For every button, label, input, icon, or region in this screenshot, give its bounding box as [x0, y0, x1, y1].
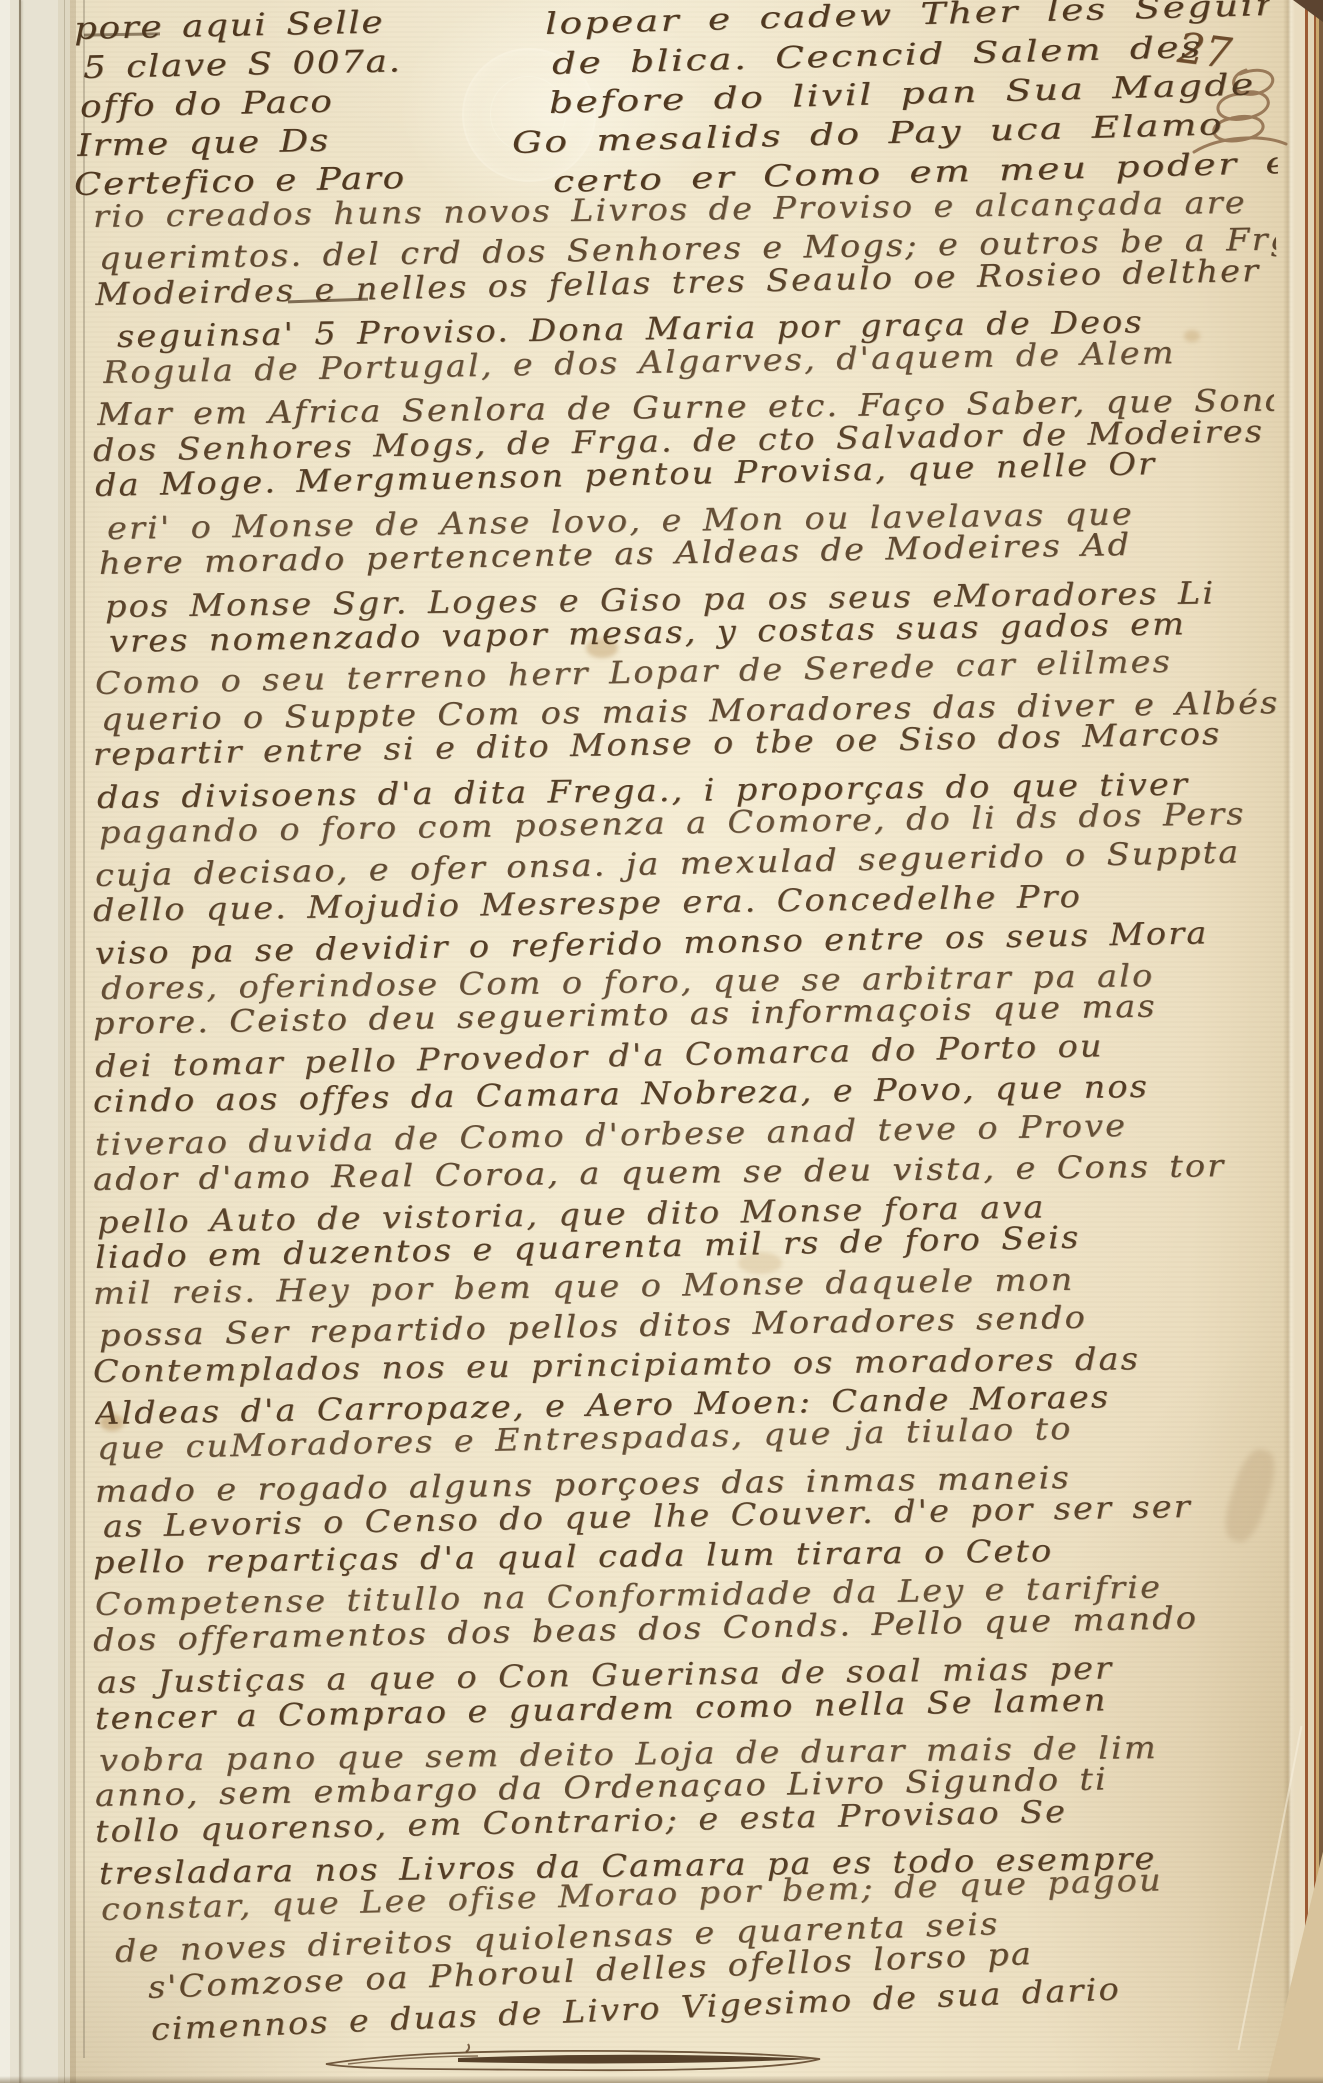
manuscript-page: 27 pore aqui Selle5 clave S 007a.offo do…	[0, 0, 1323, 2083]
margin-note-line: offo do Paco	[80, 83, 426, 126]
margin-rule-line	[83, 0, 85, 2058]
margin-note-line: 5 clave S 007a.	[83, 44, 429, 87]
binding-crease-line	[19, 0, 21, 2083]
margin-note-line: Irme que Ds	[77, 122, 423, 165]
binding-gutter	[0, 0, 84, 2083]
binding-crease-line-2	[64, 0, 65, 2083]
margin-note-line: pore aqui Selle	[74, 5, 420, 48]
pen-flourish-icon	[318, 2042, 828, 2078]
